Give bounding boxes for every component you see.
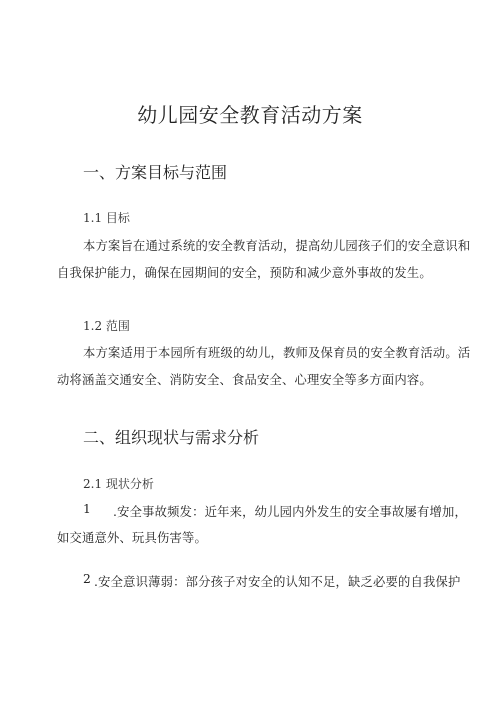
section-heading-1: 一、方案目标与范围 xyxy=(83,160,227,183)
list-item-line: .安全意识薄弱：部分孩子对安全的认知不足，缺乏必要的自我保护 xyxy=(94,572,461,590)
paragraph-line: 动将涵盖交通安全、消防安全、食品安全、心理安全等多方面内容。 xyxy=(57,370,432,388)
list-item-number: 2 xyxy=(83,572,91,586)
document-title: 幼儿园安全教育活动方案 xyxy=(0,99,500,128)
section-heading-2: 二、组织现状与需求分析 xyxy=(83,425,259,448)
paragraph-line: 本方案旨在通过系统的安全教育活动，提高幼儿园孩子们的安全意识和 xyxy=(83,236,470,254)
subsection-heading-1-2: 1.2 范围 xyxy=(83,317,130,334)
list-item-line: 如交通意外、玩具伤害等。 xyxy=(57,528,207,546)
subsection-heading-1-1: 1.1 目标 xyxy=(83,209,130,226)
paragraph-line: 本方案适用于本园所有班级的幼儿，教师及保育员的安全教育活动。活 xyxy=(83,343,470,361)
paragraph-line: 自我保护能力，确保在园期间的安全，预防和减少意外事故的发生。 xyxy=(57,263,432,281)
list-item-line: .安全事故频发：近年来，幼儿园内外发生的安全事故屡有增加， xyxy=(113,502,467,520)
subsection-heading-2-1: 2.1 现状分析 xyxy=(83,475,154,492)
list-item-number: 1 xyxy=(83,502,91,516)
